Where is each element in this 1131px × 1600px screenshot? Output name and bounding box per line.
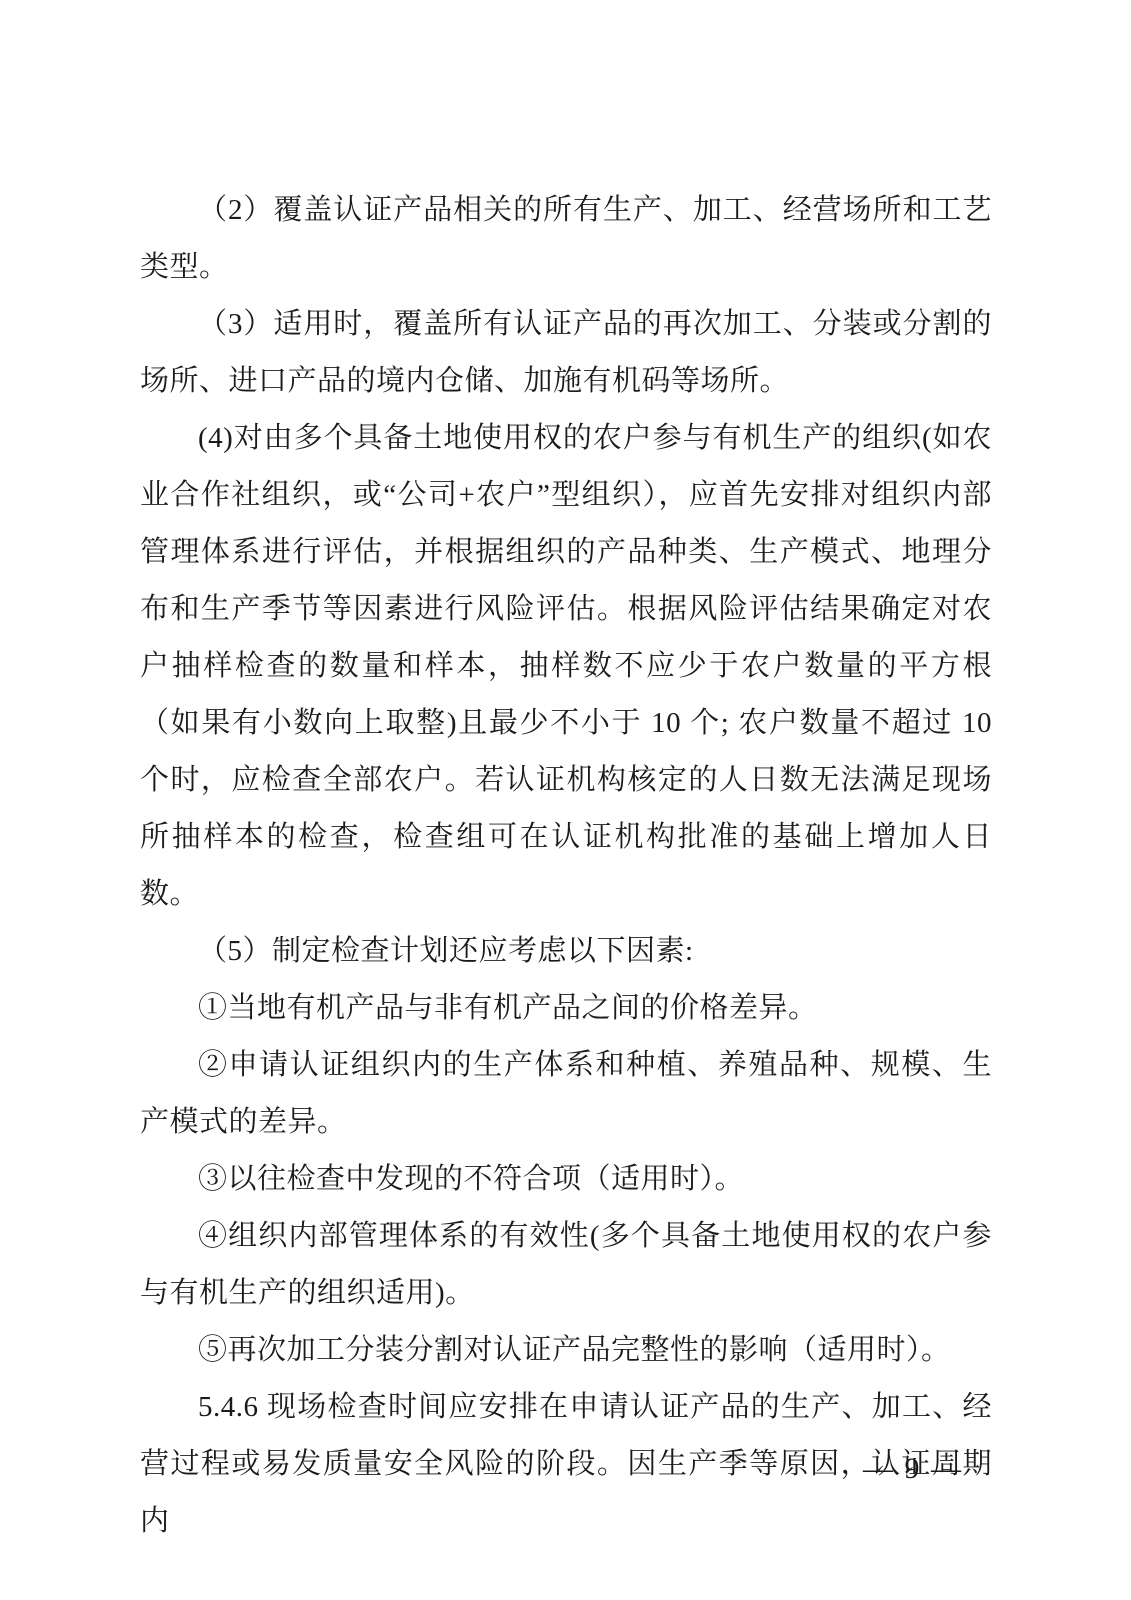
clause-4-paragraph: (4)对由多个具备土地使用权的农户参与有机生产的组织(如农业合作社组织，或“公司… (140, 410, 992, 923)
factor-2-item: ②申请认证组织内的生产体系和种植、养殖品种、规模、生产模式的差异。 (140, 1037, 992, 1151)
factor-3-item: ③以往检查中发现的不符合项（适用时）。 (140, 1151, 992, 1208)
clause-5-paragraph: （5）制定检查计划还应考虑以下因素: (140, 923, 992, 980)
clause-3-paragraph: （3）适用时，覆盖所有认证产品的再次加工、分装或分割的场所、进口产品的境内仓储、… (140, 296, 992, 410)
factor-1-item: ①当地有机产品与非有机产品之间的价格差异。 (140, 980, 992, 1037)
document-body: （2）覆盖认证产品相关的所有生产、加工、经营场所和工艺类型。 （3）适用时，覆盖… (140, 182, 992, 1550)
page-number: — 9 — (863, 1444, 963, 1494)
clause-2-paragraph: （2）覆盖认证产品相关的所有生产、加工、经营场所和工艺类型。 (140, 182, 992, 296)
document-page: （2）覆盖认证产品相关的所有生产、加工、经营场所和工艺类型。 （3）适用时，覆盖… (0, 0, 1131, 1600)
factor-4-item: ④组织内部管理体系的有效性(多个具备土地使用权的农户参与有机生产的组织适用)。 (140, 1208, 992, 1322)
factor-5-item: ⑤再次加工分装分割对认证产品完整性的影响（适用时）。 (140, 1322, 992, 1379)
